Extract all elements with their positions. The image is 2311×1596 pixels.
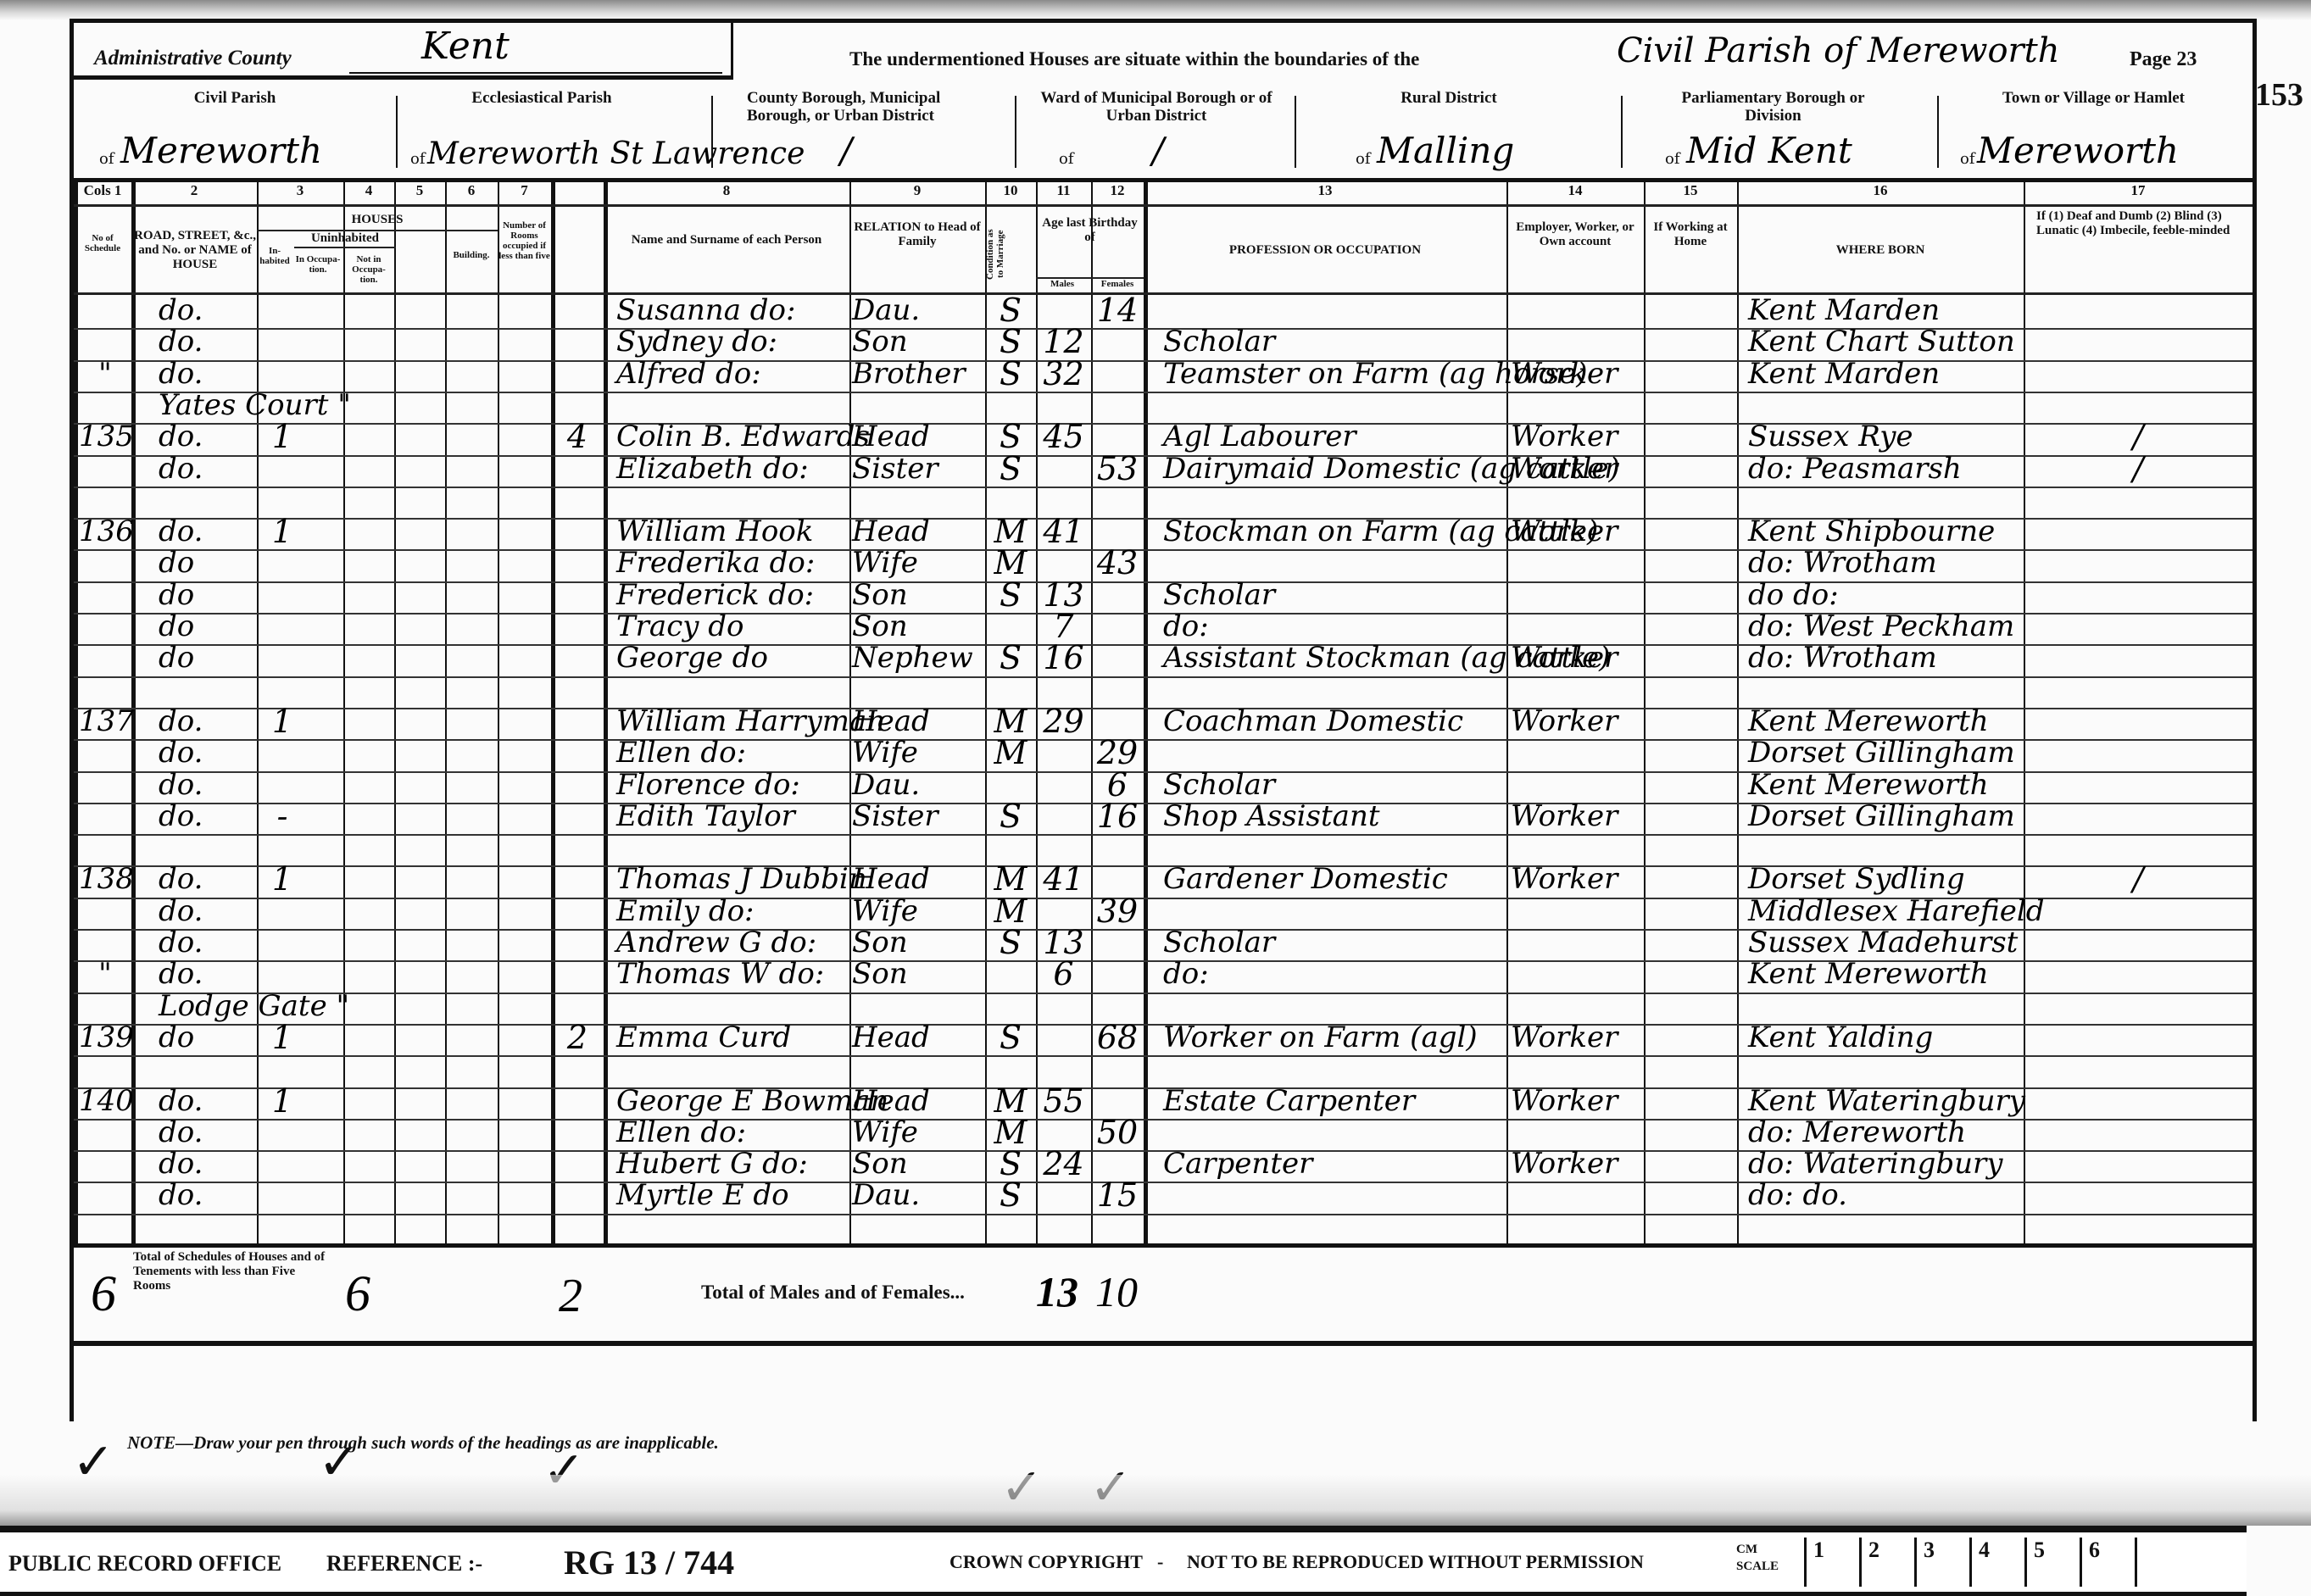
- cell-name: Susanna do:: [616, 293, 862, 327]
- cell-condition: S: [985, 1178, 1036, 1212]
- unit-label: Town or Village or Hamlet: [1939, 89, 2248, 107]
- column-rule: [74, 182, 78, 1243]
- cell-where-born: do: Wrotham: [1748, 546, 2028, 580]
- cell-schedule: ": [79, 957, 131, 991]
- row-rule: [74, 676, 2253, 678]
- cell-occupation: Estate Carpenter: [1163, 1084, 1502, 1118]
- cell-female-age: 29: [1091, 736, 1144, 770]
- cell-relation: Son: [852, 926, 988, 959]
- cell-male-age: 32: [1036, 357, 1091, 391]
- cell-schedule: 136: [79, 514, 131, 548]
- cell-condition: S: [985, 293, 1036, 327]
- rule: [74, 204, 2253, 207]
- admin-units-row: Civil Parish of Mereworth Ecclesiastical…: [74, 81, 2253, 182]
- admin-county-underline: [349, 72, 722, 74]
- row-rule: [74, 1055, 2253, 1057]
- cell-condition: S: [985, 452, 1036, 486]
- cell-name: Thomas J Dubbin: [616, 862, 862, 896]
- cell-name: Ellen do:: [616, 736, 862, 770]
- column-number: 17: [2024, 182, 2253, 204]
- header-females: Females: [1091, 279, 1144, 289]
- cell-condition: S: [985, 799, 1036, 833]
- cell-where-born: do: do.: [1748, 1178, 2028, 1212]
- of-label: of: [1665, 150, 1680, 168]
- column-number: 5: [394, 182, 445, 204]
- cell-where-born: do: Wrotham: [1748, 641, 2028, 675]
- cell-relation: Dau.: [852, 293, 988, 327]
- column-number: 4: [343, 182, 394, 204]
- cell-road: Lodge Gate ": [159, 989, 328, 1023]
- cell-relation: Son: [852, 578, 988, 612]
- column-number: 6: [445, 182, 498, 204]
- cell-road: do: [159, 578, 328, 612]
- cell-male-age: 45: [1036, 420, 1091, 453]
- cell-name: Myrtle E do: [616, 1178, 862, 1212]
- of-label: of: [1356, 150, 1371, 168]
- scan-edge: [0, 1475, 2311, 1526]
- row-rule: [74, 392, 2253, 393]
- cell-condition: S: [985, 926, 1036, 959]
- cell-employer: Worker: [1511, 1020, 1646, 1054]
- cell-where-born: Sussex Madehurst: [1748, 926, 2028, 959]
- cell-name: George do: [616, 641, 862, 675]
- cell-road: do.: [159, 894, 328, 928]
- header-houses: HOUSES: [257, 213, 498, 227]
- cell-where-born: Kent Yalding: [1748, 1020, 2028, 1054]
- total-schedules: 6: [91, 1265, 116, 1323]
- header-inhabited: In-habited: [257, 246, 292, 266]
- cell-male-age: 13: [1036, 926, 1091, 959]
- header-at-home: If Working at Home: [1644, 220, 1737, 249]
- cell-name: Ellen do:: [616, 1115, 862, 1149]
- cell-name: Florence do:: [616, 768, 862, 802]
- cell-occupation: Gardener Domestic: [1163, 862, 1502, 896]
- column-number: 10: [985, 182, 1036, 204]
- scale-cell: 3: [1914, 1538, 1967, 1587]
- cell-condition: S: [985, 1147, 1036, 1181]
- cell-infirmity: /: [2024, 420, 2253, 453]
- cell-name: Hubert G do:: [616, 1147, 862, 1181]
- cell-name: Emily do:: [616, 894, 862, 928]
- cell-employer: Worker: [1511, 704, 1646, 738]
- column-rule: [551, 182, 555, 1243]
- cell-name: Frederika do:: [616, 546, 862, 580]
- cell-schedule: 137: [79, 704, 131, 738]
- column-number: 8: [604, 182, 849, 204]
- cell-relation: Sister: [852, 452, 988, 486]
- cell-road: do.: [159, 293, 328, 327]
- unit-rural-district: Rural District of Malling: [1296, 81, 1601, 178]
- cell-road: Yates Court ": [159, 388, 328, 422]
- scale-cell: 6: [2080, 1538, 2132, 1587]
- cell-condition: S: [985, 578, 1036, 612]
- archive-footer: PUBLIC RECORD OFFICE REFERENCE :- RG 13 …: [0, 1526, 2247, 1596]
- cell-employer: Worker: [1511, 357, 1646, 391]
- column-rule: [604, 182, 608, 1243]
- column-number: 15: [1644, 182, 1737, 204]
- admin-county-box: Administrative County Kent: [74, 23, 733, 80]
- of-label: of: [99, 150, 114, 168]
- cell-where-born: do: Wateringbury: [1748, 1147, 2028, 1181]
- column-number: 14: [1506, 182, 1644, 204]
- column-number: Cols 1: [74, 182, 131, 204]
- cell-road: do.: [159, 736, 328, 770]
- cell-occupation: Shop Assistant: [1163, 799, 1502, 833]
- admin-county-label: Administrative County: [94, 47, 292, 70]
- admin-county-value: Kent: [421, 25, 510, 68]
- cell-schedule: ": [79, 357, 131, 391]
- unit-parliamentary-borough: Parliamentary Borough or Division of Mid…: [1623, 81, 1924, 178]
- cell-female-age: 43: [1091, 546, 1144, 580]
- cell-occupation: Scholar: [1163, 325, 1502, 359]
- unit-value: Malling: [1377, 130, 1514, 171]
- cell-where-born: Kent Mereworth: [1748, 768, 2028, 802]
- column-number: 13: [1144, 182, 1506, 204]
- cell-where-born: do do:: [1748, 578, 2028, 612]
- header-not-in-occupation: Not in Occupa-tion.: [343, 254, 394, 285]
- row-rule: [74, 1214, 2253, 1215]
- cell-occupation: do:: [1163, 957, 1502, 991]
- census-form: Administrative County Kent The underment…: [70, 19, 2257, 1421]
- cell-inhabited: 1: [257, 514, 308, 548]
- unit-value: Mereworth: [1977, 130, 2179, 171]
- instruction-note: NOTE—Draw your pen through such words of…: [127, 1432, 719, 1454]
- unit-town-village: Town or Village or Hamlet of Mereworth: [1939, 81, 2248, 178]
- cell-condition: M: [985, 894, 1036, 928]
- cell-where-born: Kent Marden: [1748, 357, 2028, 391]
- cell-inhabited: -: [257, 799, 308, 833]
- cell-relation: Wife: [852, 546, 988, 580]
- header-building: Building.: [445, 250, 498, 260]
- cell-relation: Nephew: [852, 641, 988, 675]
- unit-value: Mereworth: [120, 130, 322, 171]
- cell-name: Elizabeth do:: [616, 452, 862, 486]
- cell-name: Sydney do:: [616, 325, 862, 359]
- cell-occupation: Scholar: [1163, 768, 1502, 802]
- column-number: 2: [131, 182, 257, 204]
- cell-where-born: Dorset Gillingham: [1748, 736, 2028, 770]
- row-rule: [74, 487, 2253, 488]
- cell-road: do.: [159, 1147, 328, 1181]
- cell-male-age: 13: [1036, 578, 1091, 612]
- cell-schedule: 139: [79, 1020, 131, 1054]
- cell-where-born: Kent Wateringbury: [1748, 1084, 2028, 1118]
- cell-relation: Wife: [852, 736, 988, 770]
- cell-employer: Worker: [1511, 420, 1646, 453]
- cell-occupation: Stockman on Farm (ag cattle): [1163, 514, 1502, 548]
- header-uninhabited: Uninhabited: [294, 231, 396, 246]
- cell-name: William Harryman: [616, 704, 862, 738]
- column-rule: [1737, 182, 1739, 1243]
- cell-condition: S: [985, 641, 1036, 675]
- column-rule: [1091, 182, 1093, 1243]
- cell-inhabited: 1: [257, 1084, 308, 1118]
- header-where-born: WHERE BORN: [1737, 243, 2024, 258]
- scale-cell: 1: [1804, 1538, 1857, 1587]
- cell-where-born: do: Peasmarsh: [1748, 452, 2028, 486]
- cell-male-age: 16: [1036, 641, 1091, 675]
- cell-where-born: Kent Shipbourne: [1748, 514, 2028, 548]
- cell-schedule: 138: [79, 862, 131, 896]
- scale-cell: 5: [2024, 1538, 2077, 1587]
- cell-occupation: Worker on Farm (agl): [1163, 1020, 1502, 1054]
- cell-male-age: 29: [1036, 704, 1091, 738]
- cell-where-born: Dorset Gillingham: [1748, 799, 2028, 833]
- unit-label: Civil Parish: [74, 89, 396, 107]
- cell-name: Alfred do:: [616, 357, 862, 391]
- cell-where-born: do: West Peckham: [1748, 609, 2028, 643]
- column-rule: [1144, 182, 1148, 1243]
- column-number: 16: [1737, 182, 2024, 204]
- cell-road: do: [159, 546, 328, 580]
- cell-infirmity: /: [2024, 862, 2253, 896]
- header-in-occupation: In Occupa-tion.: [292, 254, 343, 275]
- cell-occupation: Scholar: [1163, 578, 1502, 612]
- of-label: of: [1059, 150, 1074, 168]
- cell-name: George E Bowman: [616, 1084, 862, 1118]
- cell-name: Colin B. Edwards: [616, 420, 862, 453]
- cell-name: Edith Taylor: [616, 799, 862, 833]
- cell-schedule: 140: [79, 1084, 131, 1118]
- cell-where-born: Kent Chart Sutton: [1748, 325, 2028, 359]
- cell-female-age: 53: [1091, 452, 1144, 486]
- column-rule: [343, 182, 345, 1243]
- header-occupation: PROFESSION OR OCCUPATION: [1144, 243, 1506, 258]
- cell-female-age: 39: [1091, 894, 1144, 928]
- cell-road: do.: [159, 452, 328, 486]
- header-schedule: No of Schedule: [74, 233, 131, 253]
- cell-female-age: 14: [1091, 293, 1144, 327]
- cell-male-age: 7: [1036, 609, 1091, 643]
- header-infirmity: If (1) Deaf and Dumb (2) Blind (3) Lunat…: [2036, 209, 2244, 238]
- cell-relation: Son: [852, 1147, 988, 1181]
- cell-where-born: Middlesex Harefield: [1748, 894, 2028, 928]
- cell-male-age: 41: [1036, 514, 1091, 548]
- scale-cell: 2: [1859, 1538, 1912, 1587]
- cell-where-born: do: Mereworth: [1748, 1115, 2028, 1149]
- cell-condition: S: [985, 1020, 1036, 1054]
- cell-name: Tracy do: [616, 609, 862, 643]
- cell-relation: Head: [852, 514, 988, 548]
- cell-male-age: 55: [1036, 1084, 1091, 1118]
- cell-where-born: Kent Mereworth: [1748, 704, 2028, 738]
- cell-where-born: Kent Mereworth: [1748, 957, 2028, 991]
- header-road: ROAD, STREET, &c., and No. or NAME of HO…: [133, 229, 257, 272]
- cell-occupation: Assistant Stockman (ag cattle): [1163, 641, 1502, 675]
- cell-road: do.: [159, 357, 328, 391]
- cell-road: do.: [159, 325, 328, 359]
- column-rule: [1506, 182, 1508, 1243]
- column-rule: [394, 182, 396, 1243]
- column-rule: [2253, 182, 2254, 1243]
- column-rule: [445, 182, 447, 1243]
- cell-inhabited: 1: [257, 704, 308, 738]
- cell-road: do.: [159, 1115, 328, 1149]
- total-inhabited: 6: [345, 1265, 370, 1323]
- unit-value: /: [1152, 130, 1164, 171]
- total-females: 10: [1095, 1267, 1138, 1316]
- header-males: Males: [1036, 279, 1089, 289]
- cell-employer: Worker: [1511, 862, 1646, 896]
- cell-rooms: 4: [551, 420, 604, 453]
- cell-occupation: Teamster on Farm (ag horse): [1163, 357, 1502, 391]
- cell-occupation: Agl Labourer: [1163, 420, 1502, 453]
- rule: [294, 247, 396, 248]
- cell-where-born: Dorset Sydling: [1748, 862, 2028, 896]
- permission-label: NOT TO BE REPRODUCED WITHOUT PERMISSION: [1187, 1551, 1644, 1573]
- cell-name: Thomas W do:: [616, 957, 862, 991]
- cell-relation: Head: [852, 1084, 988, 1118]
- unit-label: Ward of Municipal Borough or of Urban Di…: [1016, 89, 1296, 125]
- cell-road: do: [159, 609, 328, 643]
- unit-ward: Ward of Municipal Borough or of Urban Di…: [1016, 81, 1296, 178]
- reference-label: REFERENCE :-: [326, 1551, 482, 1577]
- row-rule: [74, 993, 2253, 994]
- cell-relation: Wife: [852, 894, 988, 928]
- header-rooms: Number of Rooms occupied if less than fi…: [498, 220, 551, 261]
- cell-inhabited: 1: [257, 1020, 308, 1054]
- scale-cell: 4: [1969, 1538, 2022, 1587]
- cell-employer: Worker: [1511, 799, 1646, 833]
- cell-where-born: Sussex Rye: [1748, 420, 2028, 453]
- of-label: of: [410, 150, 426, 168]
- unit-ecclesiastical-parish: Ecclesiastical Parish of Mereworth St La…: [398, 81, 686, 178]
- totals-top-rule: [74, 1243, 2253, 1248]
- scan-shadow: [0, 0, 2311, 20]
- cell-inhabited: 1: [257, 420, 308, 453]
- cell-name: Frederick do:: [616, 578, 862, 612]
- header-condition: Condition as to Marriage: [985, 225, 1036, 284]
- cell-condition: M: [985, 736, 1036, 770]
- cell-relation: Sister: [852, 799, 988, 833]
- unit-label: Ecclesiastical Parish: [398, 89, 686, 107]
- cell-condition: M: [985, 1084, 1036, 1118]
- cell-inhabited: 1: [257, 862, 308, 896]
- cell-relation: Dau.: [852, 1178, 988, 1212]
- header-age: Age last Birthday of: [1036, 216, 1144, 245]
- unit-county-borough: County Borough, Municipal Borough, or Ur…: [713, 81, 993, 178]
- cell-male-age: 6: [1036, 957, 1091, 991]
- cell-female-age: 16: [1091, 799, 1144, 833]
- cell-road: do.: [159, 957, 328, 991]
- total-schedules-label: Total of Schedules of Houses and of Tene…: [133, 1250, 328, 1293]
- boundary-value: Civil Parish of Mereworth: [1617, 31, 2059, 70]
- cell-relation: Son: [852, 325, 988, 359]
- header-employer: Employer, Worker, or Own account: [1506, 220, 1644, 249]
- unit-label: County Borough, Municipal Borough, or Ur…: [713, 89, 993, 125]
- cell-name: Andrew G do:: [616, 926, 862, 959]
- column-rule: [498, 182, 499, 1243]
- cell-female-age: 50: [1091, 1115, 1144, 1149]
- row-rule: [74, 834, 2253, 836]
- boundary-banner: The undermentioned Houses are situate wi…: [849, 48, 1419, 70]
- cell-road: do.: [159, 1178, 328, 1212]
- cell-female-age: 15: [1091, 1178, 1144, 1212]
- cell-relation: Head: [852, 862, 988, 896]
- office-label: PUBLIC RECORD OFFICE: [8, 1551, 281, 1577]
- folio-number: 153: [2255, 76, 2303, 114]
- cell-employer: Worker: [1511, 1147, 1646, 1181]
- cell-schedule: 135: [79, 420, 131, 453]
- cell-condition: M: [985, 862, 1036, 896]
- column-number: 9: [849, 182, 985, 204]
- cell-female-age: 6: [1091, 768, 1144, 802]
- cell-male-age: 12: [1036, 325, 1091, 359]
- cell-occupation: Scholar: [1163, 926, 1502, 959]
- cell-condition: M: [985, 704, 1036, 738]
- cell-relation: Brother: [852, 357, 988, 391]
- unit-value: /: [840, 130, 852, 171]
- column-number: 12: [1091, 182, 1144, 204]
- cell-name: Emma Curd: [616, 1020, 862, 1054]
- unit-label: Parliamentary Borough or Division: [1623, 89, 1924, 125]
- reference-value: RG 13 / 744: [564, 1543, 734, 1582]
- cell-relation: Dau.: [852, 768, 988, 802]
- total-mf-label: Total of Males and of Females...: [701, 1282, 965, 1304]
- cell-relation: Head: [852, 704, 988, 738]
- unit-value: Mid Kent: [1686, 130, 1852, 171]
- cell-condition: S: [985, 357, 1036, 391]
- cell-male-age: 41: [1036, 862, 1091, 896]
- cell-condition: S: [985, 420, 1036, 453]
- cell-employer: Worker: [1511, 452, 1646, 486]
- totals-bottom-rule: [74, 1341, 2253, 1346]
- cell-where-born: Kent Marden: [1748, 293, 2028, 327]
- cell-relation: Son: [852, 957, 988, 991]
- cell-male-age: 24: [1036, 1147, 1091, 1181]
- cell-female-age: 68: [1091, 1020, 1144, 1054]
- cell-relation: Head: [852, 420, 988, 453]
- cell-infirmity: /: [2024, 452, 2253, 486]
- cell-relation: Head: [852, 1020, 988, 1054]
- cell-road: do: [159, 641, 328, 675]
- cell-rooms: 2: [551, 1020, 604, 1054]
- header-name: Name and Surname of each Person: [616, 233, 837, 247]
- total-rooms: 2: [559, 1269, 582, 1323]
- cell-relation: Wife: [852, 1115, 988, 1149]
- unit-civil-parish: Civil Parish of Mereworth: [74, 81, 396, 178]
- cell-road: do.: [159, 768, 328, 802]
- header-relation: RELATION to Head of Family: [849, 220, 985, 249]
- cell-employer: Worker: [1511, 514, 1646, 548]
- cell-condition: M: [985, 546, 1036, 580]
- cell-occupation: Carpenter: [1163, 1147, 1502, 1181]
- census-page: Administrative County Kent The underment…: [0, 0, 2311, 1596]
- unit-label: Rural District: [1296, 89, 1601, 107]
- cell-relation: Son: [852, 609, 988, 643]
- total-males: 13: [1036, 1267, 1078, 1316]
- scale-cell-end: [2135, 1538, 2247, 1587]
- cell-employer: Worker: [1511, 1084, 1646, 1118]
- page-number: Page 23: [2130, 48, 2197, 71]
- scale-label: CM SCALE: [1736, 1541, 1770, 1575]
- cell-condition: M: [985, 514, 1036, 548]
- copyright-label: CROWN COPYRIGHT: [949, 1551, 1143, 1573]
- of-label: of: [1960, 150, 1975, 168]
- cell-occupation: do:: [1163, 609, 1502, 643]
- cell-road: do.: [159, 926, 328, 959]
- cell-occupation: Coachman Domestic: [1163, 704, 1502, 738]
- cell-employer: Worker: [1511, 641, 1646, 675]
- cell-condition: S: [985, 325, 1036, 359]
- column-number: 3: [257, 182, 343, 204]
- cell-condition: M: [985, 1115, 1036, 1149]
- column-number: 7: [498, 182, 551, 204]
- cell-name: William Hook: [616, 514, 862, 548]
- cell-occupation: Dairymaid Domestic (ag cattle): [1163, 452, 1502, 486]
- column-number: 11: [1036, 182, 1091, 204]
- copyright-dash: -: [1157, 1551, 1163, 1573]
